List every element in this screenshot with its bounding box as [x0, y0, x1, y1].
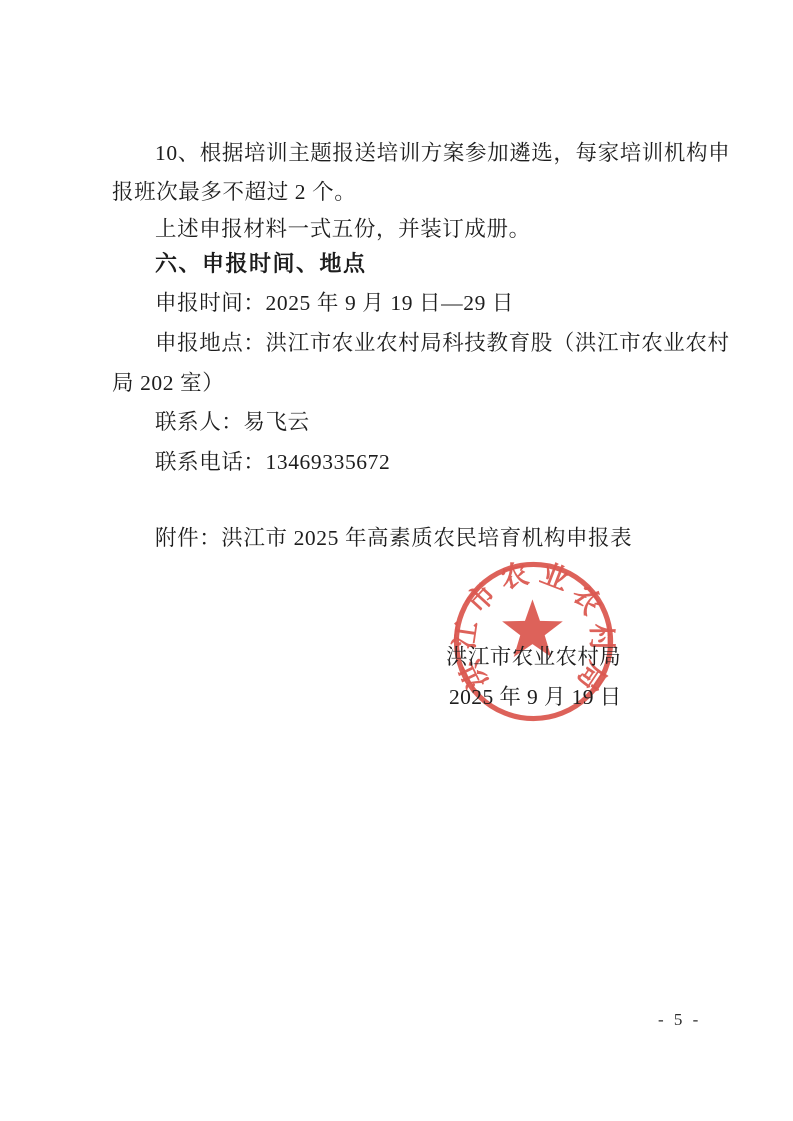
signature-date: 2025 年 9 月 19 日 [449, 684, 622, 710]
signature-org: 洪江市农业农村局 [446, 644, 621, 670]
body-line-3: 上述申报材料一式五份，并装订成册。 [155, 216, 531, 242]
body-line-2: 报班次最多不超过 2 个。 [112, 179, 356, 205]
document-page: 10、根据培训主题报送培训方案参加遴选，每家培训机构申 报班次最多不超过 2 个… [0, 0, 793, 1121]
contact-person-line: 联系人：易飞云 [155, 409, 310, 435]
body-line-1: 10、根据培训主题报送培训方案参加遴选，每家培训机构申 [155, 140, 730, 166]
attachment-line: 附件：洪江市 2025 年高素质农民培育机构申报表 [155, 525, 632, 551]
page-number: - 5 - [658, 1010, 701, 1030]
apply-time-line: 申报时间：2025 年 9 月 19 日—29 日 [155, 290, 514, 316]
contact-phone-line: 联系电话：13469335672 [155, 449, 390, 475]
apply-place-line-2: 局 202 室） [112, 370, 224, 396]
section-heading: 六、申报时间、地点 [155, 251, 367, 277]
apply-place-line-1: 申报地点：洪江市农业农村局科技教育股（洪江市农业农村 [155, 330, 730, 356]
